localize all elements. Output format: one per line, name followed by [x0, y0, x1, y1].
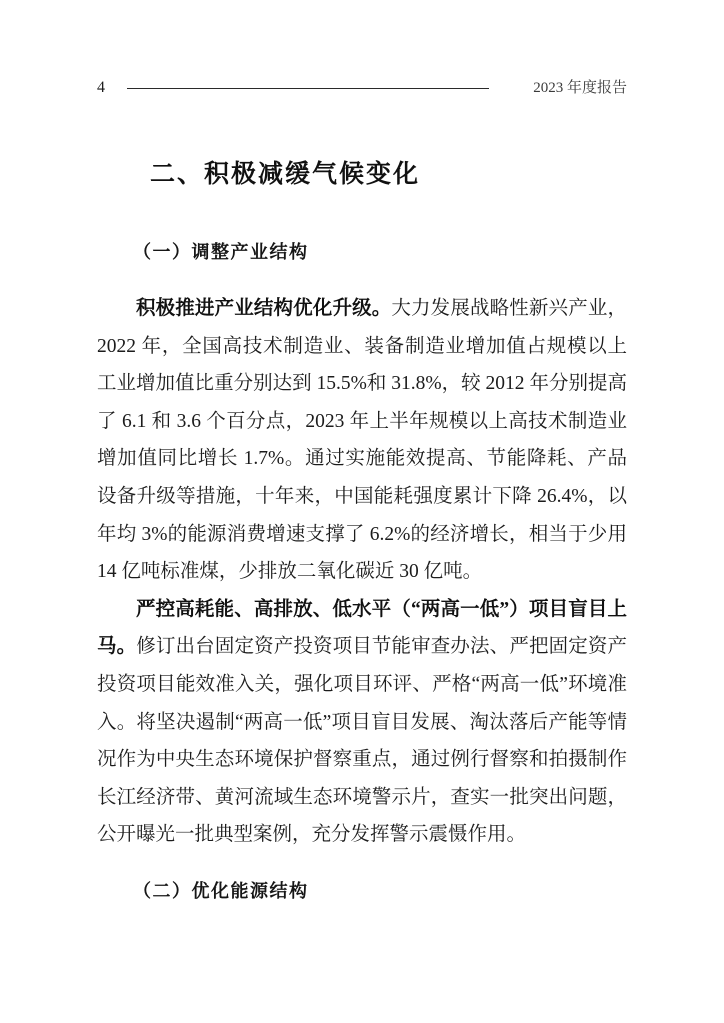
- subsection-heading-1: （一）调整产业结构: [133, 239, 627, 265]
- paragraph-2-text: 修订出台固定资产投资项目节能审查办法、严把固定资产投资项目能效准入关，强化项目环…: [97, 636, 627, 845]
- subsection-heading-2: （二）优化能源结构: [133, 878, 627, 904]
- body-text-block: 积极推进产业结构优化升级。大力发展战略性新兴产业，2022 年，全国高技术制造业…: [97, 290, 627, 854]
- paragraph-1-lead: 积极推进产业结构优化升级。: [136, 298, 391, 319]
- paragraph-1-text: 大力发展战略性新兴产业，2022 年，全国高技术制造业、装备制造业增加值占规模以…: [97, 298, 627, 582]
- document-page: 4 2023 年度报告 二、积极减缓气候变化 （一）调整产业结构 积极推进产业结…: [0, 0, 724, 1023]
- paragraph-1: 积极推进产业结构优化升级。大力发展战略性新兴产业，2022 年，全国高技术制造业…: [97, 290, 627, 591]
- paragraph-2: 严控高耗能、高排放、低水平（“两高一低”）项目盲目上马。修订出台固定资产投资项目…: [97, 591, 627, 854]
- page-number: 4: [97, 78, 105, 98]
- page-header: 4 2023 年度报告: [97, 78, 627, 98]
- report-title: 2023 年度报告: [533, 78, 627, 98]
- header-rule: [127, 88, 489, 89]
- section-title: 二、积极减缓气候变化: [150, 158, 627, 192]
